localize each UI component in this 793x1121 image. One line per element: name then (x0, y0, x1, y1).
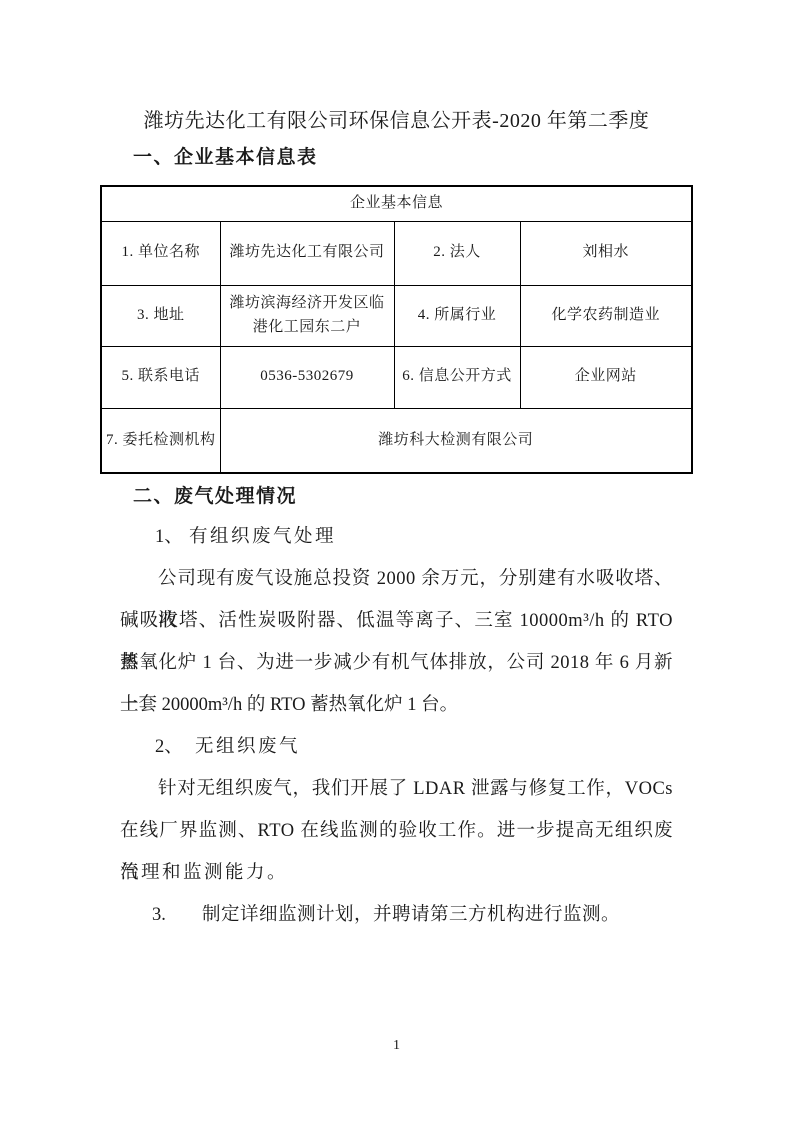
section-1-heading: 一、企业基本信息表 (133, 142, 318, 169)
paragraph-2-line-1: 针对无组织废气，我们开展了 LDAR 泄露与修复工作，VOCs (120, 768, 673, 810)
table-row: 7. 委托检测机构 潍坊科大检测有限公司 (101, 408, 692, 473)
label-legal-person: 2. 法人 (394, 221, 520, 285)
page-number: 1 (0, 1038, 793, 1054)
value-disclosure-method: 企业网站 (520, 346, 692, 408)
table-title-cell: 企业基本信息 (101, 186, 692, 221)
paragraph-2-line-2: 在线厂界监测、RTO 在线监测的验收工作。进一步提高无组织废气 (120, 810, 673, 852)
list-item-3-text: 制定详细监测计划，并聘请第三方机构进行监测。 (202, 905, 620, 925)
document-page: 潍坊先达化工有限公司环保信息公开表-2020 年第二季度 一、企业基本信息表 企… (0, 0, 793, 1121)
label-phone: 5. 联系电话 (101, 346, 220, 408)
table-row: 5. 联系电话 0536-5302679 6. 信息公开方式 企业网站 (101, 346, 692, 408)
table-row: 1. 单位名称 潍坊先达化工有限公司 2. 法人 刘相水 (101, 221, 692, 285)
basic-info-table: 企业基本信息 1. 单位名称 潍坊先达化工有限公司 2. 法人 刘相水 3. 地… (100, 185, 693, 474)
list-item-1: 1、有组织废气处理 (120, 516, 673, 558)
table-row: 3. 地址 潍坊滨海经济开发区临港化工园东二户 4. 所属行业 化学农药制造业 (101, 285, 692, 346)
value-phone: 0536-5302679 (220, 346, 394, 408)
list-item-2: 2、无组织废气 (120, 726, 673, 768)
paragraph-1-line-1: 公司现有废气设施总投资 2000 余万元，分别建有水吸收塔、液 (120, 558, 673, 600)
list-item-2-text: 无组织废气 (195, 737, 300, 757)
paragraph-1-line-3: 热氧化炉 1 台、为进一步减少有机气体排放，公司 2018 年 6 月新上 (120, 642, 673, 684)
document-title: 潍坊先达化工有限公司环保信息公开表-2020 年第二季度 (0, 104, 793, 133)
label-industry: 4. 所属行业 (394, 285, 520, 346)
section-2-body: 1、有组织废气处理 公司现有废气设施总投资 2000 余万元，分别建有水吸收塔、… (120, 516, 673, 936)
list-item-3-marker: 3. (152, 894, 202, 936)
table-header-row: 企业基本信息 (101, 186, 692, 221)
list-item-1-marker: 1、 (155, 516, 189, 558)
paragraph-1-line-4: 一套 20000m³/h 的 RTO 蓄热氧化炉 1 台。 (120, 684, 673, 726)
label-unit-name: 1. 单位名称 (101, 221, 220, 285)
label-disclosure-method: 6. 信息公开方式 (394, 346, 520, 408)
value-unit-name: 潍坊先达化工有限公司 (220, 221, 394, 285)
paragraph-1-line-2: 碱吸收塔、活性炭吸附器、低温等离子、三室 10000m³/h 的 RTO 蓄 (120, 600, 673, 642)
label-testing-agency: 7. 委托检测机构 (101, 408, 220, 473)
list-item-3: 3.制定详细监测计划，并聘请第三方机构进行监测。 (120, 894, 673, 936)
list-item-1-text: 有组织废气处理 (189, 527, 336, 547)
value-industry: 化学农药制造业 (520, 285, 692, 346)
list-item-2-marker: 2、 (155, 726, 195, 768)
label-address: 3. 地址 (101, 285, 220, 346)
value-legal-person: 刘相水 (520, 221, 692, 285)
value-testing-agency: 潍坊科大检测有限公司 (220, 408, 692, 473)
paragraph-2-line-3: 治理和监测能力。 (120, 852, 673, 894)
section-2-heading: 二、废气处理情况 (133, 481, 297, 508)
value-address: 潍坊滨海经济开发区临港化工园东二户 (220, 285, 394, 346)
